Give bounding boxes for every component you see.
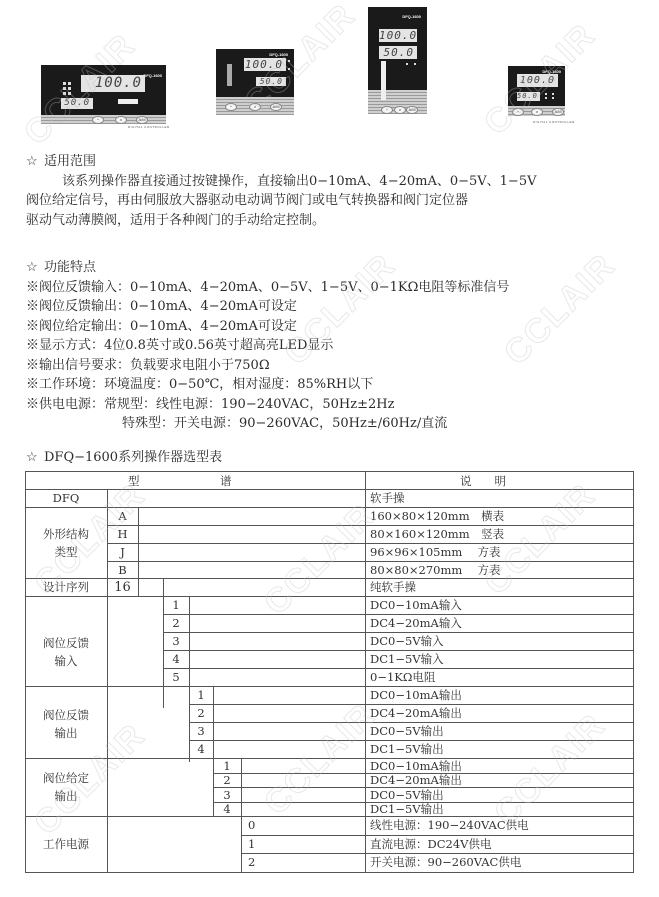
fb-in-desc: DC4−20mA输入 — [370, 614, 462, 632]
header-spec-left: 型 — [128, 472, 140, 489]
set-out-code: 3 — [213, 787, 241, 802]
scope-heading: ☆适用范围 — [26, 152, 537, 172]
features-section: ☆功能特点 ※阀位反馈输入：0−10mA、4−20mA、0−5V、1−5V、0−… — [26, 258, 509, 434]
bargraph-lower — [381, 90, 386, 100]
device-caption: DIGITAL CONTROLLER — [128, 125, 170, 129]
series-code: 16 — [107, 578, 138, 596]
header-desc: 说 明 — [460, 472, 506, 489]
fb-out-code: 3 — [189, 722, 213, 740]
fb-out-desc: DC4−20mA输出 — [370, 704, 462, 722]
watermark: CCLAIR — [497, 246, 624, 373]
row-line — [25, 489, 634, 490]
set-out-code: 2 — [213, 773, 241, 787]
led-indicator — [68, 92, 71, 95]
power-code: 0 — [248, 816, 255, 834]
row-line — [25, 686, 634, 687]
device-square-bar: DFQ-1600 100.0 50.0 — [216, 49, 294, 97]
fb-in-code: 3 — [163, 632, 189, 650]
am-button: A/M — [136, 116, 148, 124]
device-model: DFQ-1600 — [402, 14, 421, 19]
table-heading: ☆DFQ−1600系列操作器选型表 — [26, 448, 222, 468]
fb-out-code: 2 — [189, 704, 213, 722]
led-indicator — [288, 60, 290, 62]
led-indicator — [414, 63, 416, 65]
device-vertical: DFQ-1600 100.0 50.0 — [368, 7, 427, 90]
power-desc: 直流电源：DC24V供电 — [370, 835, 491, 853]
pv-display: 100.0 — [517, 74, 558, 87]
star-icon: ☆ — [26, 448, 44, 468]
table-border — [25, 872, 634, 873]
feature-item: ※显示方式：4位0.8英寸或0.56英寸超高亮LED显示 — [26, 336, 509, 356]
down-button: v — [531, 108, 543, 116]
pv-display: 100.0 — [379, 29, 417, 42]
series-desc: 纯软手操 — [370, 578, 416, 596]
power-label: 工作电源 — [25, 816, 107, 872]
device-horizontal: DFQ-1600 100.0 50.0 — [41, 65, 166, 115]
sv-display: 50.0 — [379, 46, 417, 59]
led-indicator — [63, 87, 66, 90]
led-indicator — [545, 93, 547, 95]
led-indicator — [552, 97, 554, 99]
feature-item: ※阀位反馈输出：0−10mA、4−20mA可设定 — [26, 297, 509, 317]
fb-out-desc: DC0−10mA输出 — [370, 686, 462, 704]
up-button: ^ — [381, 106, 393, 114]
scope-line: 驱动气动薄膜阀，适用于各种阀门的手动给定控制。 — [26, 211, 537, 231]
power-code: 2 — [248, 853, 255, 871]
device-caption: DIGITAL CONTROLLER — [533, 120, 575, 124]
shape-desc-b: 80×80×270mm 方表 — [370, 561, 500, 579]
down-button: v — [115, 116, 127, 124]
fb-in-desc: DC0−10mA输入 — [370, 596, 462, 614]
fb-out-desc: DC1−5V输出 — [370, 740, 444, 758]
set-out-desc: DC0−5V输出 — [370, 787, 444, 802]
fb-in-desc: 0−1KΩ电阻 — [370, 668, 435, 686]
feature-item: ※阀位反馈输入：0−10mA、4−20mA、0−5V、1−5V、0−1KΩ电阻等… — [26, 278, 509, 298]
down-button: v — [394, 106, 406, 114]
row-line — [25, 758, 634, 759]
fb-out-code: 4 — [189, 740, 213, 758]
row-line — [25, 816, 634, 817]
led-indicator — [63, 92, 66, 95]
led-indicator — [68, 87, 71, 90]
device-model: DFQ-1600 — [143, 73, 162, 78]
fb-in-desc: DC1−5V输入 — [370, 650, 444, 668]
scope-section: ☆适用范围 该系列操作器直接通过按键操作，直接输出0−10mA、4−20mA、0… — [26, 152, 537, 230]
shape-code-a: A — [107, 507, 138, 525]
led-indicator — [288, 68, 290, 70]
bargraph — [227, 64, 232, 86]
sv-display: 50.0 — [256, 77, 286, 86]
feature-item: ※阀位给定输出：0−10mA、4−20mA可设定 — [26, 317, 509, 337]
fb-in-code: 5 — [163, 668, 189, 686]
dfq-desc: 软手操 — [370, 489, 405, 507]
shape-label: 外形结构 类型 — [25, 507, 107, 578]
shape-desc-a: 160×80×120mm 横表 — [370, 507, 504, 525]
shape-code-j: J — [107, 543, 138, 561]
set-out-desc: DC4−20mA输出 — [370, 773, 462, 787]
table-border — [25, 471, 634, 472]
am-button: A/M — [270, 103, 282, 111]
led-indicator — [545, 97, 547, 99]
up-button: ^ — [225, 103, 237, 111]
feature-item: ※工作环境：环境温度：0−50℃，相对湿度：85%RH以下 — [26, 375, 509, 395]
fb-in-desc: DC0−5V输入 — [370, 632, 444, 650]
features-heading: ☆功能特点 — [26, 258, 509, 278]
shape-desc-j: 96×96×105mm 方表 — [370, 543, 500, 561]
fb-in-code: 2 — [163, 614, 189, 632]
header-spec-right: 谱 — [220, 472, 232, 489]
sv-display: 50.0 — [517, 92, 540, 101]
set-out-label: 阀位给定 输出 — [25, 758, 107, 816]
shape-code-h: H — [107, 525, 138, 543]
feature-item: ※供电电源：常规型：线性电源：190−240VAC，50Hz±2Hz — [26, 395, 509, 415]
row-line — [25, 596, 634, 597]
output-bar — [118, 99, 138, 104]
power-desc: 开关电源：90−260VAC供电 — [370, 853, 521, 871]
series-label: 设计序列 — [25, 578, 107, 596]
shape-code-b: B — [107, 561, 138, 579]
star-icon: ☆ — [26, 152, 44, 172]
fb-out-code: 1 — [189, 686, 213, 704]
led-indicator — [63, 82, 66, 85]
am-button: A/M — [406, 106, 418, 114]
power-code: 1 — [248, 835, 255, 853]
feature-item: 特殊型：开关电源：90−260VAC，50Hz±/60Hz/直流 — [26, 414, 509, 434]
led-indicator — [68, 82, 71, 85]
fb-out-label: 阀位反馈 输出 — [25, 686, 107, 762]
dfq-label: DFQ — [25, 489, 107, 507]
set-out-code: 4 — [213, 802, 241, 816]
am-button: A/M — [552, 108, 564, 116]
table-divider — [365, 471, 366, 873]
set-out-desc: DC1−5V输出 — [370, 802, 444, 816]
shape-desc-h: 80×160×120mm 竖表 — [370, 525, 504, 543]
power-desc: 线性电源：190−240VAC供电 — [370, 816, 529, 834]
device-model: DFQ-1600 — [269, 52, 288, 57]
fb-in-code: 4 — [163, 650, 189, 668]
fb-out-desc: DC0−5V输出 — [370, 722, 444, 740]
up-button: ^ — [512, 108, 524, 116]
sv-display: 50.0 — [61, 98, 93, 109]
scope-line: 该系列操作器直接通过按键操作，直接输出0−10mA、4−20mA、0−5V、1−… — [26, 172, 537, 192]
scope-line: 阀位给定信号，再由伺服放大器驱动电动调节阀门或电气转换器和阀门定位器 — [26, 191, 537, 211]
star-icon: ☆ — [26, 258, 44, 278]
set-out-code: 1 — [213, 758, 241, 773]
pv-display: 100.0 — [81, 75, 145, 92]
set-out-desc: DC0−10mA输出 — [370, 758, 462, 773]
bargraph — [381, 61, 386, 91]
up-button: ^ — [92, 116, 104, 124]
fb-in-code: 1 — [163, 596, 189, 614]
col-line — [241, 758, 242, 872]
pv-display: 100.0 — [244, 58, 286, 71]
led-indicator — [552, 93, 554, 95]
table-border — [633, 471, 634, 873]
down-button: v — [249, 103, 261, 111]
watermark: CCLAIR — [487, 706, 614, 833]
led-indicator — [406, 63, 408, 65]
feature-item: ※输出信号要求：负载要求电阻小于750Ω — [26, 356, 509, 376]
col-line — [138, 507, 139, 596]
device-small-square: DFQ-1600 100.0 50.0 — [508, 66, 565, 106]
